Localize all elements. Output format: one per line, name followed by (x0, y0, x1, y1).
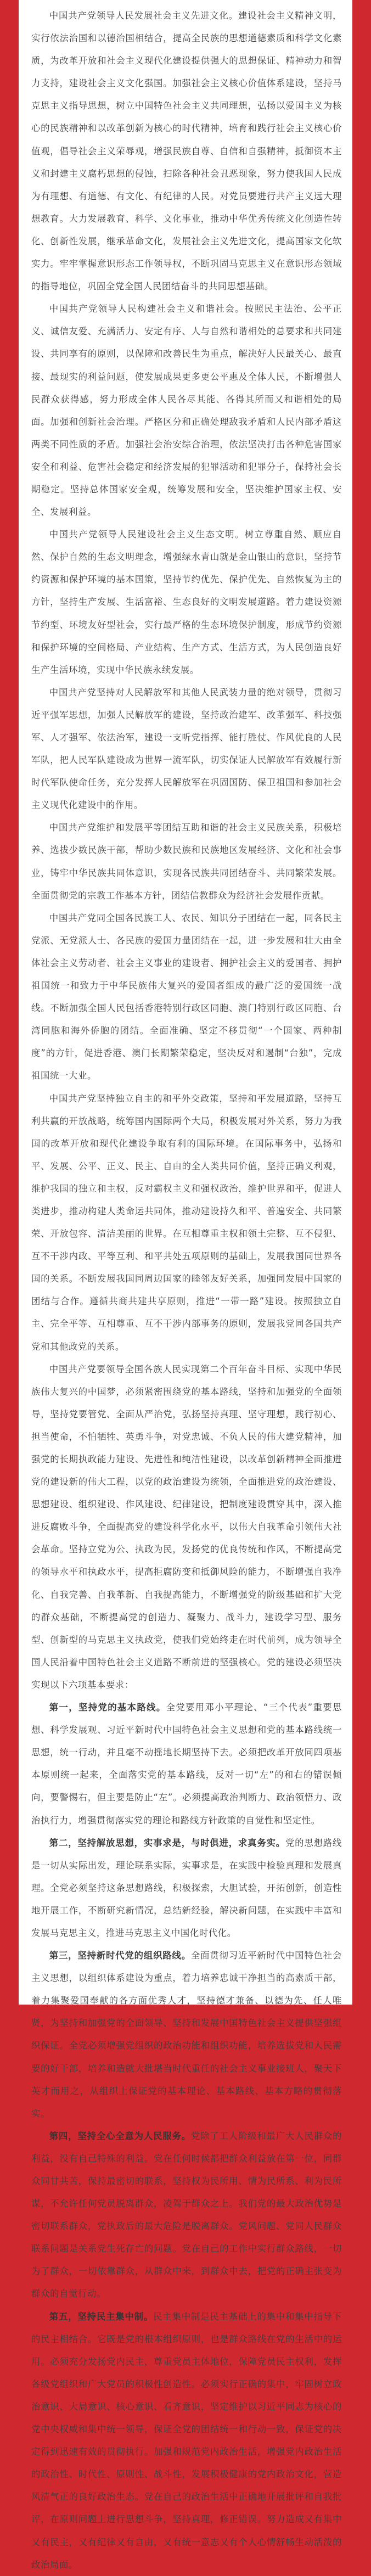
paragraph-text: 全党要用邓小平理论、“三个代表”重要思想、科学发展观、习近平新时代中国特色社会主… (31, 1702, 342, 1825)
paragraph-requirement-2: 第二，坚持解放思想，实事求是，与时俱进，求真务实。党的思想路线是一切从实际出发，… (31, 1832, 342, 1944)
paragraph-requirement-3: 第三，坚持新时代党的组织路线。全面贯彻习近平新时代中国特色社会主义思想，以组织体… (31, 1944, 342, 2005)
paragraph-text: 中国共产党要领导全国各族人民实现第二个百年奋斗目标、实现中华民族伟大复兴的中国梦… (31, 1364, 342, 1690)
paragraph-united-front: 中国共产党同全国各民族工人、农民、知识分子团结在一起，同各民主党派、无党派人士、… (31, 907, 342, 1087)
paragraph-ethnic-relations: 中国共产党维护和发展平等团结互助和谐的社会主义民族关系，积极培养、选拔少数民族干… (31, 816, 342, 906)
paragraph-lead: 第一，坚持党的基本路线。 (49, 1702, 166, 1713)
paragraph-party-building: 中国共产党要领导全国各族人民实现第二个百年奋斗目标、实现中华民族伟大复兴的中国梦… (31, 1358, 342, 1696)
paragraph-ecology: 中国共产党领导人民建设社会主义生态文明。树立尊重自然、顺应自然、保护自然的生态文… (31, 523, 342, 681)
paragraph-foreign-policy: 中国共产党坚持独立自主的和平外交政策，坚持和平发展道路，坚持互利共赢的开放战略，… (31, 1087, 342, 1358)
paragraph-culture: 中国共产党领导人民发展社会主义先进文化。建设社会主义精神文明，实行依法治国和以德… (31, 4, 342, 298)
paragraph-harmonious-society: 中国共产党领导人民构建社会主义和谐社会。按照民主法治、公平正义、诚信友爱、充满活… (31, 298, 342, 523)
paragraph-text: 党的思想路线是一切从实际出发，理论联系实际，实事求是，在实践中检验真理和发展真理… (31, 1838, 342, 1938)
paragraph-text: 中国共产党领导人民发展社会主义先进文化。建设社会主义精神文明，实行依法治国和以德… (31, 10, 342, 291)
paragraph-text: 中国共产党领导人民构建社会主义和谐社会。按照民主法治、公平正义、诚信友爱、充满活… (31, 304, 342, 517)
paragraph-military: 中国共产党坚持对人民解放军和其他人民武装力量的绝对领导，贯彻习近平强军思想，加强… (31, 681, 342, 817)
paragraph-text: 中国共产党坚持独立自主的和平外交政策，坚持和平发展道路，坚持互利共赢的开放战略，… (31, 1093, 342, 1352)
paragraph-lead: 第二，坚持解放思想，实事求是，与时俱进，求真务实。 (49, 1838, 285, 1848)
paragraph-text: 中国共产党维护和发展平等团结互助和谐的社会主义民族关系，积极培养、选拔少数民族干… (31, 822, 342, 900)
article-body: 中国共产党领导人民发展社会主义先进文化。建设社会主义精神文明，实行依法治国和以德… (31, 4, 342, 2005)
paragraph-lead: 第三，坚持新时代党的组织路线。 (49, 1950, 191, 1961)
paragraph-text: 中国共产党领导人民建设社会主义生态文明。树立尊重自然、顺应自然、保护自然的生态文… (31, 529, 342, 675)
paragraph-requirement-1: 第一，坚持党的基本路线。全党要用邓小平理论、“三个代表”重要思想、科学发展观、习… (31, 1696, 342, 1832)
paragraph-text: 中国共产党坚持对人民解放军和其他人民武装力量的绝对领导，贯彻习近平强军思想，加强… (31, 687, 342, 810)
paragraph-text: 中国共产党同全国各民族工人、农民、知识分子团结在一起，同各民主党派、无党派人士、… (31, 913, 342, 1081)
